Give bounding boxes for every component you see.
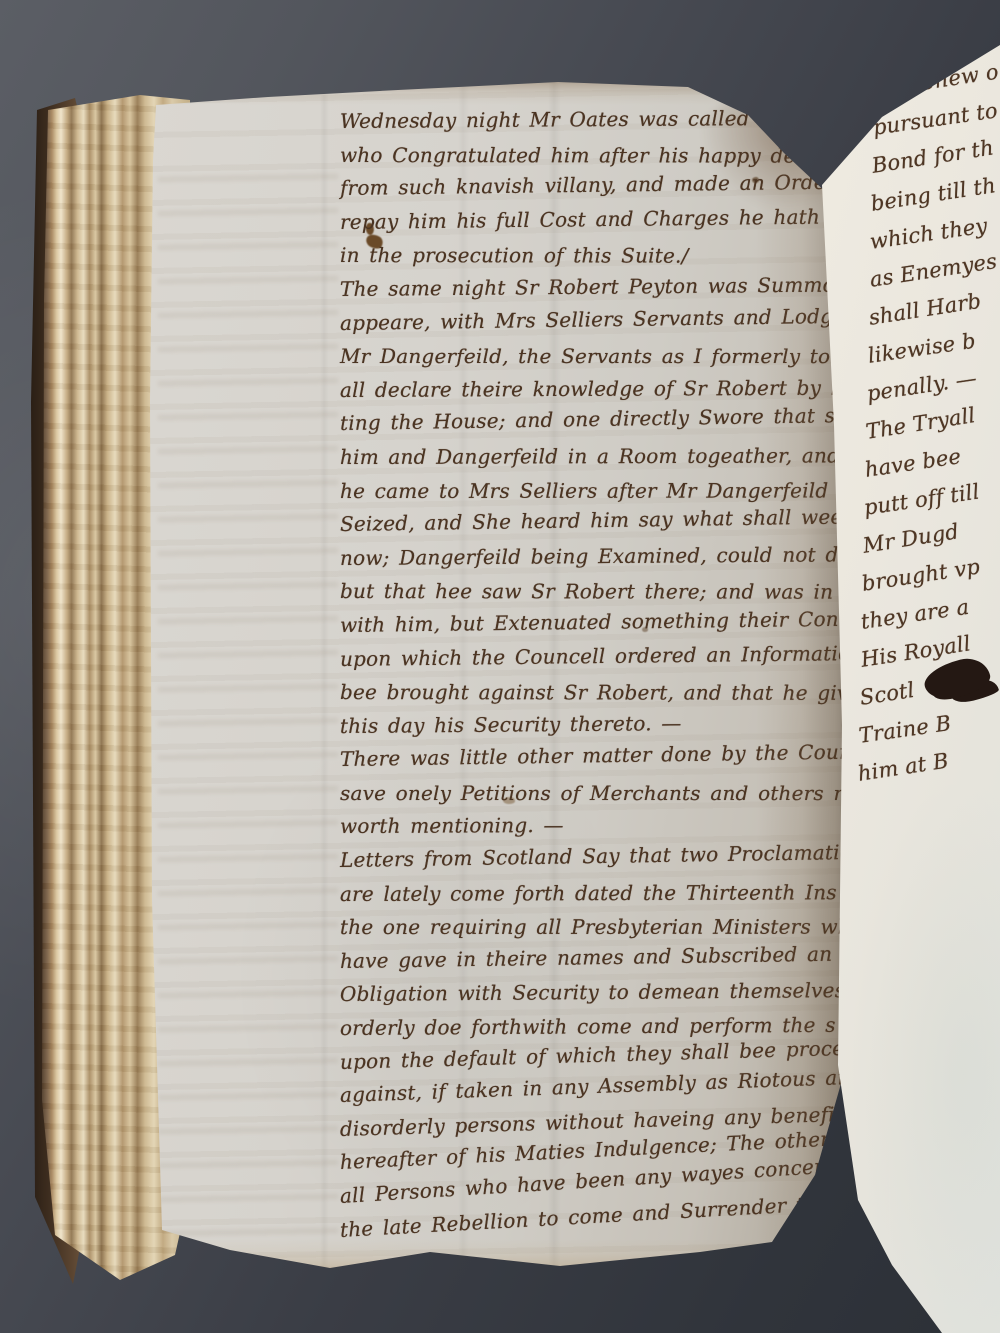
manuscript-line: the one requiring all Presbyterian Minis… <box>340 911 865 945</box>
manuscript-line: ting the House; and one directly Swore t… <box>340 399 865 441</box>
manuscript-line: The same night Sr Robert Peyton was Summ… <box>340 268 865 306</box>
manuscript-line: upon which the Councell ordered an Infor… <box>340 636 865 676</box>
manuscript-line: now; Dangerfeild being Examined, could n… <box>340 538 865 575</box>
manuscript-line: this day his Security thereto. — <box>340 705 865 743</box>
show-through-text <box>158 155 338 1245</box>
manuscript-line: him and Dangerfeild in a Room togeather,… <box>340 439 865 474</box>
manuscript-line: save onely Petitions of Merchants and ot… <box>340 777 865 811</box>
manuscript-line: There was little other matter done by th… <box>340 736 865 777</box>
manuscript-line: Wednesday night Mr Oates was called into… <box>340 101 865 138</box>
manuscript-line: Mr Dangerfeild, the Servants as I former… <box>340 340 865 374</box>
left-page: Wednesday night Mr Oates was called into… <box>148 75 866 1275</box>
endpaper-fleck <box>33 1252 49 1278</box>
manuscript-line: with him, but Extenuated something their… <box>340 602 865 642</box>
manuscript-line: Seized, and She heard him say what shall… <box>340 500 865 541</box>
manuscript-line: but that hee saw Sr Robert there; and wa… <box>340 575 865 609</box>
manuscript-line: he came to Mrs Selliers after Mr Dangerf… <box>340 474 865 508</box>
left-page-text: Wednesday night Mr Oates was called into… <box>340 105 865 1247</box>
manuscript-line: Letters from Scotland Say that two Procl… <box>340 836 865 878</box>
manuscript-line: in the prosecution of this Suite./ <box>340 239 865 274</box>
manuscript-line: Obligation with Security to demean thems… <box>340 974 865 1012</box>
photo-background: Wednesday night Mr Oates was called into… <box>0 0 1000 1333</box>
manuscript-line: from such knavish villany, and made an O… <box>340 166 865 206</box>
manuscript-line: appeare, with Mrs Selliers Servants and … <box>340 299 865 340</box>
manuscript-line: bee brought against Sr Robert, and that … <box>340 676 865 710</box>
manuscript-line: worth mentioning. — <box>340 808 865 844</box>
manuscript-line: repay him his full Cost and Charges he h… <box>340 200 865 239</box>
manuscript-line: are lately come forth dated the Thirteen… <box>340 876 865 911</box>
manuscript-line: have gave in theire names and Subscribed… <box>340 937 865 978</box>
